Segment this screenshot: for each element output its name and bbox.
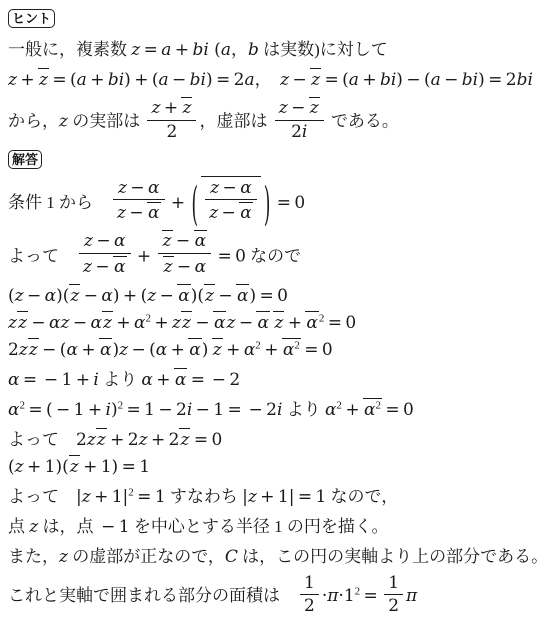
hint-label: ヒント bbox=[8, 9, 55, 28]
fraction: z − z2i bbox=[275, 97, 324, 142]
math-run: 1 bbox=[388, 573, 399, 593]
overline: α2 bbox=[282, 338, 301, 360]
math-run: b bbox=[248, 40, 259, 60]
math-run: α bbox=[189, 340, 200, 360]
math-run: z bbox=[205, 286, 214, 306]
math-run: z − bbox=[83, 257, 113, 277]
math-run: π bbox=[406, 586, 417, 606]
text-run: は，この円の実軸より上の部分である。 bbox=[238, 547, 548, 566]
content-line: から，z の実部は z + z2，虚部は z − z2i である。 bbox=[8, 97, 548, 142]
math-run: ·π·1 bbox=[322, 586, 355, 606]
overline: z bbox=[17, 311, 28, 333]
overline: z bbox=[310, 68, 321, 90]
math-run: z bbox=[97, 430, 106, 450]
math-run: z bbox=[274, 313, 283, 333]
text-run: よって bbox=[8, 487, 59, 506]
overline: α bbox=[236, 284, 249, 306]
math-run: α bbox=[100, 340, 111, 360]
math-run: |z + 1| bbox=[76, 487, 128, 507]
text-run: より bbox=[282, 400, 325, 419]
text-run: より bbox=[99, 370, 142, 389]
fraction-numerator: 1 bbox=[384, 574, 403, 596]
math-run: α bbox=[178, 286, 189, 306]
math-run: z − α bbox=[210, 178, 252, 198]
text-run bbox=[59, 487, 76, 506]
fraction-denominator: z − α bbox=[113, 200, 165, 223]
math-run: = 0 bbox=[382, 400, 414, 420]
text-run: よって bbox=[8, 246, 59, 265]
math-run: z − bbox=[209, 203, 239, 223]
math-run: + z bbox=[151, 313, 181, 333]
overline: z bbox=[309, 97, 320, 118]
fraction-denominator: z − α bbox=[79, 254, 131, 277]
overline: z bbox=[212, 338, 223, 360]
math-run: z bbox=[182, 98, 191, 118]
fraction: 12 bbox=[384, 574, 403, 616]
text-run: すなわち bbox=[166, 487, 243, 506]
content-line: α = − 1 + i より α + α = − 2 bbox=[8, 365, 548, 390]
math-run: 2 bbox=[167, 122, 178, 142]
math-run: = 0 bbox=[214, 246, 246, 266]
math-run: z bbox=[180, 430, 189, 450]
math-run: 2z bbox=[76, 430, 96, 450]
math-run: z bbox=[59, 111, 68, 131]
text-run: を中心とする半径 1 の円を描く。 bbox=[130, 517, 389, 536]
math-run: z bbox=[163, 231, 172, 251]
math-run: α bbox=[306, 313, 317, 333]
text-run: また， bbox=[8, 547, 59, 566]
content-line: 2zz − (α + α)z − (α + α) z + α2 + α2 = 0 bbox=[8, 338, 548, 360]
text-run bbox=[59, 430, 76, 449]
fraction: z + z2 bbox=[147, 97, 196, 142]
math-run: z bbox=[103, 313, 112, 333]
math-run: 1 bbox=[304, 573, 315, 593]
math-run: z bbox=[18, 313, 27, 333]
math-run: 2z bbox=[8, 340, 28, 360]
fraction-denominator: 2i bbox=[275, 121, 324, 142]
overline: z bbox=[181, 97, 192, 118]
fraction-denominator: 2 bbox=[384, 595, 403, 616]
math-solution-document: ヒント一般に，複素数 z = a + bi (a，b は実数)に対してz + z… bbox=[0, 0, 552, 616]
content-line: (z + 1)(z + 1) = 1 bbox=[8, 455, 548, 477]
math-run: α bbox=[114, 257, 125, 277]
math-run: + bbox=[284, 313, 305, 333]
hint-label-line: ヒント bbox=[8, 8, 548, 28]
overline: z bbox=[162, 230, 173, 251]
text-run bbox=[93, 193, 110, 212]
overline: z − αz − α bbox=[201, 176, 261, 224]
overline: α bbox=[239, 202, 252, 223]
overline: α bbox=[256, 311, 269, 333]
text-run: に対して bbox=[320, 40, 388, 59]
math-run: z − bbox=[279, 98, 309, 118]
math-run: α bbox=[325, 400, 336, 420]
math-run: = 1 − 2i − 1 = − 2i bbox=[123, 400, 282, 420]
overline: α bbox=[305, 311, 318, 333]
text-run: ，虚部は bbox=[199, 111, 271, 130]
math-run: + 1) = 1 bbox=[80, 457, 150, 477]
math-run: α bbox=[195, 231, 206, 251]
overline: z bbox=[69, 455, 80, 477]
overline: α bbox=[177, 284, 190, 306]
math-run: = ( − 1 + i) bbox=[25, 400, 118, 420]
math-run: z bbox=[59, 547, 68, 567]
text-run: これと実軸で囲まれる部分の面積は bbox=[8, 586, 280, 605]
fraction-numerator: 1 bbox=[300, 574, 319, 596]
math-run: = 0 bbox=[273, 193, 305, 213]
fraction: z − αz − α bbox=[79, 232, 131, 277]
overline: z bbox=[204, 284, 215, 306]
overline: α bbox=[188, 338, 201, 360]
math-run: z bbox=[213, 340, 222, 360]
math-run: = 1 bbox=[134, 487, 166, 507]
math-run: (z − α)( bbox=[8, 286, 69, 306]
fraction-denominator: z − α bbox=[205, 200, 257, 223]
math-run: + bbox=[261, 340, 282, 360]
math-run: − bbox=[192, 313, 213, 333]
math-run: 2i bbox=[291, 122, 307, 142]
math-run: z + bbox=[151, 98, 181, 118]
overline: z bbox=[96, 428, 107, 450]
math-run: 2 bbox=[304, 596, 315, 616]
text-run bbox=[280, 586, 297, 605]
math-run: )z − (α + bbox=[112, 340, 188, 360]
math-run: z bbox=[311, 70, 320, 90]
fraction-denominator: 2 bbox=[147, 121, 196, 142]
math-run: z bbox=[182, 313, 191, 333]
math-run: − (α + bbox=[39, 340, 99, 360]
math-run: α = − 1 + i bbox=[8, 370, 99, 390]
text-run: 点 bbox=[8, 517, 29, 536]
math-run: z bbox=[29, 517, 38, 537]
superscript: 2 bbox=[375, 399, 381, 411]
text-run: なので bbox=[246, 246, 301, 265]
content-line: これと実軸で囲まれる部分の面積は 12·π·12 = 12π bbox=[8, 574, 548, 616]
superscript: 2 bbox=[294, 339, 300, 351]
content-line: よって 2zz + 2z + 2z = 0 bbox=[8, 425, 548, 450]
text-run: よって bbox=[8, 430, 59, 449]
math-run: α bbox=[240, 203, 251, 223]
overline: z bbox=[181, 311, 192, 333]
text-run: ， bbox=[231, 40, 248, 59]
text-run bbox=[59, 246, 76, 265]
fraction: z − αz − α bbox=[205, 179, 257, 224]
math-run: − 1 bbox=[98, 517, 130, 537]
math-run: − bbox=[173, 231, 194, 251]
fraction-denominator: z − α bbox=[158, 254, 212, 277]
text-run: である。 bbox=[327, 111, 399, 130]
math-run: z − bbox=[117, 203, 147, 223]
math-run: z − α bbox=[118, 178, 160, 198]
math-run: − α bbox=[174, 257, 207, 277]
math-run: − bbox=[215, 286, 236, 306]
math-run: z = a + bi (a bbox=[131, 40, 231, 60]
text-run: は実数) bbox=[259, 40, 320, 59]
math-run: = bbox=[360, 586, 381, 606]
math-run: z − bbox=[226, 313, 256, 333]
content-line: よって z − αz − α + z − αz − α = 0 なので bbox=[8, 230, 548, 277]
math-run: z bbox=[8, 313, 17, 333]
text-run: なので， bbox=[326, 487, 398, 506]
content-line: また，z の虚部が正なので，C は，この円の実軸より上の部分である。 bbox=[8, 542, 548, 567]
fraction-numerator: z − α bbox=[113, 179, 165, 201]
overline: α bbox=[174, 368, 187, 390]
overline: z bbox=[102, 311, 113, 333]
math-run: = 0 bbox=[301, 340, 333, 360]
math-run: z bbox=[39, 70, 48, 90]
math-run: 2 bbox=[388, 596, 399, 616]
text-run: から， bbox=[8, 111, 59, 130]
fraction-numerator: z − α bbox=[205, 179, 257, 201]
overline: z bbox=[163, 256, 174, 277]
big-paren-open: ( bbox=[192, 179, 199, 233]
content-line: 点 z は，点 − 1 を中心とする半径 1 の円を描く。 bbox=[8, 512, 548, 537]
fraction-numerator: z − α bbox=[79, 232, 131, 254]
fraction-numerator: z + z bbox=[147, 97, 196, 121]
math-run: + bbox=[134, 246, 155, 266]
math-run: z bbox=[70, 457, 79, 477]
math-run: + α bbox=[223, 340, 256, 360]
math-run: z bbox=[310, 98, 319, 118]
content-line: zz − αz − αz + α2 + zz − αz − α z + α2 =… bbox=[8, 311, 548, 333]
answer-label-line: 解答 bbox=[8, 149, 548, 169]
overline: α bbox=[213, 311, 226, 333]
math-run: z + bbox=[8, 70, 38, 90]
math-run: z bbox=[29, 340, 38, 360]
math-run: z − bbox=[280, 70, 310, 90]
math-run: C bbox=[225, 547, 238, 567]
overline: α bbox=[147, 202, 160, 223]
text-run: は，点 bbox=[38, 517, 98, 536]
overline: z bbox=[273, 311, 284, 333]
math-run: − α) + (z − bbox=[80, 286, 177, 306]
math-run: = 0 bbox=[190, 430, 222, 450]
math-run: + bbox=[342, 400, 363, 420]
math-run: α bbox=[214, 313, 225, 333]
math-run: α bbox=[283, 340, 294, 360]
overline: α2 bbox=[363, 398, 382, 420]
fraction-numerator: z − z bbox=[275, 97, 324, 121]
math-run: + bbox=[168, 193, 189, 213]
text-run: の実部は bbox=[68, 111, 145, 130]
math-run: + 2z + 2 bbox=[107, 430, 180, 450]
content-line: よって |z + 1|2 = 1 すなわち |z + 1| = 1 なので， bbox=[8, 482, 548, 507]
answer-label: 解答 bbox=[8, 150, 42, 169]
math-run: (z + 1)( bbox=[8, 457, 69, 477]
text-run: 条件 1 から bbox=[8, 193, 93, 212]
fraction: z − αz − α bbox=[113, 179, 165, 224]
overline: α bbox=[99, 338, 112, 360]
math-run: z − α bbox=[84, 231, 126, 251]
fraction: 12 bbox=[300, 574, 319, 616]
math-run: + α bbox=[113, 313, 146, 333]
fraction-denominator: 2 bbox=[300, 595, 319, 616]
content-line: α2 = ( − 1 + i)2 = 1 − 2i − 1 = − 2i より … bbox=[8, 395, 548, 420]
text-run: ， bbox=[255, 70, 281, 89]
math-run: α bbox=[148, 203, 159, 223]
math-run: α bbox=[364, 400, 375, 420]
math-run: z bbox=[164, 257, 173, 277]
math-run: α bbox=[8, 400, 19, 420]
content-line: (z − α)(z − α) + (z − α)(z − α) = 0 bbox=[8, 284, 548, 306]
fraction-numerator: z − α bbox=[158, 230, 212, 254]
overline: α bbox=[113, 256, 126, 277]
overline: z bbox=[69, 284, 80, 306]
math-run: = − 2 bbox=[187, 370, 240, 390]
math-run: = 0 bbox=[324, 313, 356, 333]
math-run: α bbox=[237, 286, 248, 306]
math-run: α + bbox=[141, 370, 174, 390]
text-run: 一般に，複素数 bbox=[8, 40, 131, 59]
content-line: 条件 1 から z − αz − α + (z − αz − α) = 0 bbox=[8, 176, 548, 224]
text-run: の虚部が正なので， bbox=[68, 547, 225, 566]
math-run: )( bbox=[191, 286, 204, 306]
content-line: 一般に，複素数 z = a + bi (a，b は実数)に対して bbox=[8, 35, 548, 60]
overline: z bbox=[28, 338, 39, 360]
overline: z bbox=[179, 428, 190, 450]
overline: z bbox=[38, 68, 49, 90]
math-run: α bbox=[175, 370, 186, 390]
math-run: z bbox=[70, 286, 79, 306]
math-run: ) = 0 bbox=[249, 286, 287, 306]
content-line: z + z = (a + bi) + (a − bi) = 2a， z − z … bbox=[8, 65, 548, 90]
math-run: = (a + bi) + (a − bi) = 2a bbox=[49, 70, 255, 90]
fraction: z − αz − α bbox=[158, 230, 212, 277]
math-run: α bbox=[257, 313, 268, 333]
math-run: − αz − α bbox=[28, 313, 102, 333]
math-run: = (a + bi) − (a − bi) = 2bi bbox=[321, 70, 533, 90]
overline: α bbox=[194, 230, 207, 251]
big-paren-close: ) bbox=[264, 179, 271, 233]
math-run: |z + 1| = 1 bbox=[242, 487, 326, 507]
